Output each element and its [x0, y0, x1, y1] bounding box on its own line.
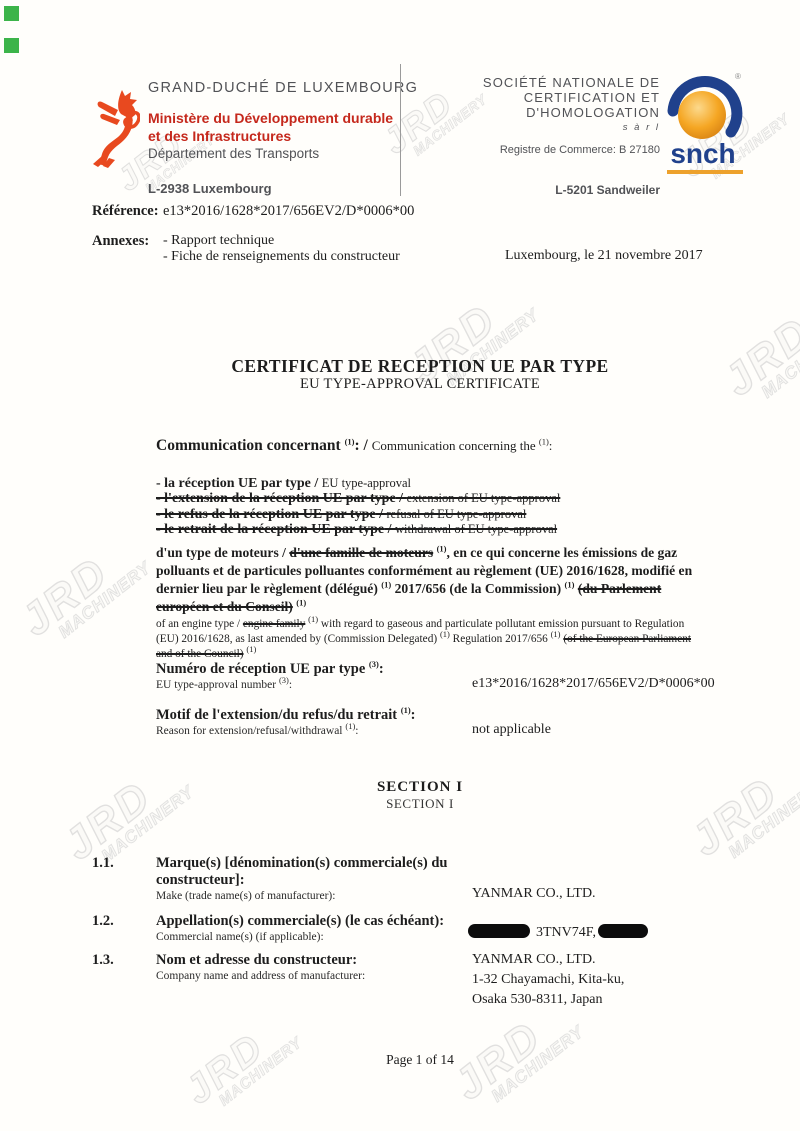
org-postcode: L-5201 Sandweiler — [408, 183, 660, 197]
snch-logo: ® snch — [655, 58, 755, 183]
org-legal-form: s à r l — [408, 122, 660, 133]
item-value-make: YANMAR CO., LTD. — [472, 886, 596, 902]
approval-number-label-en: EU type-approval number (3): — [156, 679, 292, 691]
footnote-ref: (3) — [279, 675, 289, 685]
item-value-commercial-names: 3TNV74F, — [468, 924, 648, 941]
redaction-box — [468, 924, 530, 938]
country-title: GRAND-DUCHÉ DE LUXEMBOURG — [148, 80, 418, 96]
list-item-type-approval: - la réception UE par type / EU type-app… — [156, 476, 560, 491]
footnote-ref: (1) — [345, 437, 355, 447]
reason-label-fr: Motif de l'extension/du refus/du retrait… — [156, 707, 416, 724]
header-right: SOCIÉTÉ NATIONALE DE CERTIFICATION ET D'… — [408, 76, 660, 197]
header-divider — [400, 64, 401, 196]
certificate-title-en: EU TYPE-APPROVAL CERTIFICATE — [0, 376, 800, 393]
item-label-en: Commercial name(s) (if applicable): — [156, 931, 324, 943]
footnote-ref: (1) — [551, 629, 561, 639]
footnote-ref: (1) — [345, 721, 355, 731]
engine-paragraph-en: of an engine type / engine family (1) wi… — [156, 617, 696, 662]
footnote-ref: (3) — [369, 659, 379, 669]
dateline: Luxembourg, le 21 novembre 2017 — [505, 248, 703, 264]
footnote-ref: (1) — [296, 597, 306, 607]
ministry-name: Ministère du Développement durable et de… — [148, 109, 418, 145]
section-heading-en: SECTION I — [0, 796, 800, 812]
item-label-en: Make (trade name(s) of manufacturer): — [156, 890, 335, 902]
green-marker-bottom — [4, 38, 19, 53]
engine-regulation-paragraph: d'un type de moteurs / d'une famille de … — [156, 544, 696, 661]
reference-label: Référence: — [92, 203, 159, 220]
communication-heading: Communication concernant (1): / Communic… — [156, 437, 552, 455]
department-name: Département des Transports — [148, 146, 418, 161]
redaction-box — [598, 924, 648, 938]
snch-logo-underline — [667, 170, 743, 174]
footnote-ref: (1) — [437, 543, 447, 553]
registered-mark: ® — [735, 72, 741, 81]
list-item-extension: - l'extension de la réception UE par typ… — [156, 491, 560, 506]
footnote-ref: (1) — [246, 644, 256, 654]
org-name: SOCIÉTÉ NATIONALE DE CERTIFICATION ET D'… — [408, 76, 660, 121]
reference-value: e13*2016/1628*2017/656EV2/D*0006*00 — [163, 203, 414, 220]
approval-type-list: - la réception UE par type / EU type-app… — [156, 476, 560, 537]
green-marker-top — [4, 6, 19, 21]
certificate-page: JRDMACHINERY JRDMACHINERY JRDMACHINERY J… — [0, 0, 800, 1131]
list-item-withdrawal: - le retrait de la réception UE par type… — [156, 522, 560, 537]
item-label-fr: Nom et adresse du constructeur: — [156, 952, 496, 969]
item-label-fr: Marque(s) [dénomination(s) commerciale(s… — [156, 855, 466, 889]
footnote-ref: (1) — [565, 579, 575, 589]
footnote-ref: (1) — [381, 579, 391, 589]
item-number: 1.1. — [92, 855, 114, 872]
reason-label-en: Reason for extension/refusal/withdrawal … — [156, 725, 359, 737]
item-value-manufacturer-address: YANMAR CO., LTD. 1-32 Chayamachi, Kita-k… — [472, 950, 624, 1010]
footnote-ref: (1) — [539, 437, 549, 447]
item-label-en: Company name and address of manufacturer… — [156, 970, 365, 982]
approval-number-value: e13*2016/1628*2017/656EV2/D*0006*00 — [472, 676, 715, 692]
ministry-postcode: L-2938 Luxembourg — [148, 181, 418, 196]
item-number: 1.2. — [92, 913, 114, 930]
annex-item: - Rapport technique — [163, 233, 400, 249]
engine-paragraph-fr: d'un type de moteurs / d'une famille de … — [156, 544, 696, 616]
item-label-fr: Appellation(s) commerciale(s) (le cas éc… — [156, 913, 496, 930]
item-number: 1.3. — [92, 952, 114, 969]
footnote-ref: (1) — [401, 705, 411, 715]
section-heading-fr: SECTION I — [0, 779, 800, 796]
approval-number-label-fr: Numéro de réception UE par type (3): — [156, 661, 384, 678]
watermark: JRDMACHINERY — [178, 980, 337, 1120]
snch-logo-text: snch — [655, 140, 751, 168]
commerce-registry: Registre de Commerce: B 27180 — [408, 144, 660, 156]
reason-value: not applicable — [472, 722, 551, 738]
footnote-ref: (1) — [440, 629, 450, 639]
footnote-ref: (1) — [308, 614, 318, 624]
certificate-title-fr: CERTIFICAT DE RECEPTION UE PAR TYPE — [0, 356, 800, 377]
annexes-list: - Rapport technique - Fiche de renseigne… — [163, 233, 400, 265]
header-left: GRAND-DUCHÉ DE LUXEMBOURG Ministère du D… — [148, 80, 418, 196]
luxembourg-lion-icon — [82, 86, 140, 168]
page-number: Page 1 of 14 — [0, 1052, 800, 1068]
list-item-refusal: - le refus de la réception UE par type /… — [156, 507, 560, 522]
annex-item: - Fiche de renseignements du constructeu… — [163, 249, 400, 265]
annexes-label: Annexes: — [92, 233, 149, 250]
